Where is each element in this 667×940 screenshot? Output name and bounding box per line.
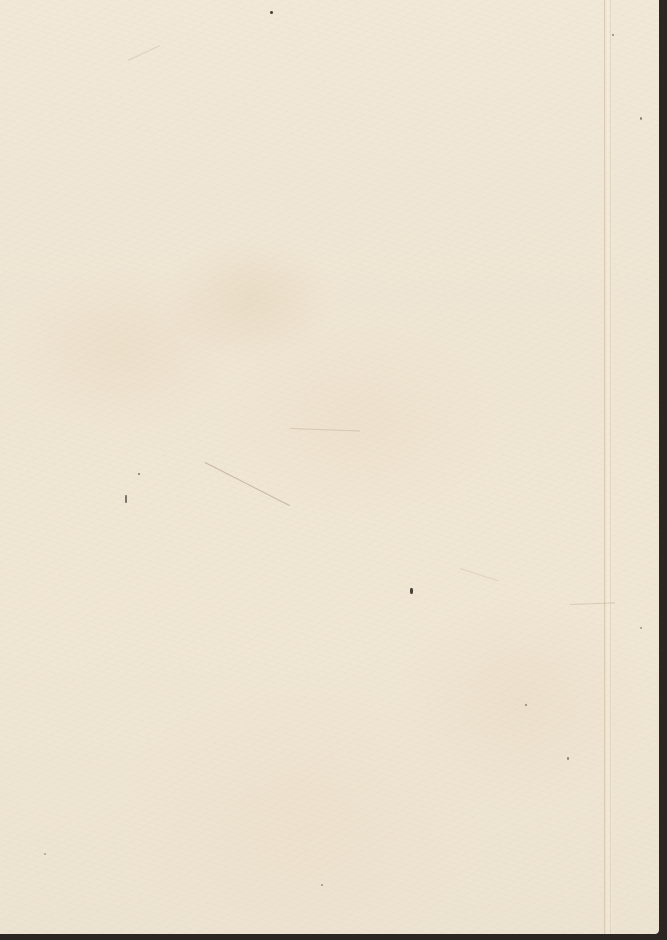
speck [321,884,323,886]
spine-crease [604,0,605,934]
scratch [460,568,498,581]
spine-crease-secondary [610,0,611,934]
speck [270,11,273,14]
scratch [128,45,160,61]
scan-background [0,0,667,940]
speck [640,627,642,629]
speck [567,757,569,760]
speck [410,588,413,594]
book-back-cover [0,0,659,934]
speck [612,34,614,36]
scratch [290,428,360,431]
paper-grain [0,0,659,934]
speck [525,704,527,706]
spine-flap [604,0,659,934]
scratch [205,462,290,506]
speck [640,117,642,120]
speck [44,853,46,855]
scan-right-edge [659,0,667,940]
speck [138,473,140,475]
scan-bottom-edge [0,934,667,940]
speck [125,495,127,503]
